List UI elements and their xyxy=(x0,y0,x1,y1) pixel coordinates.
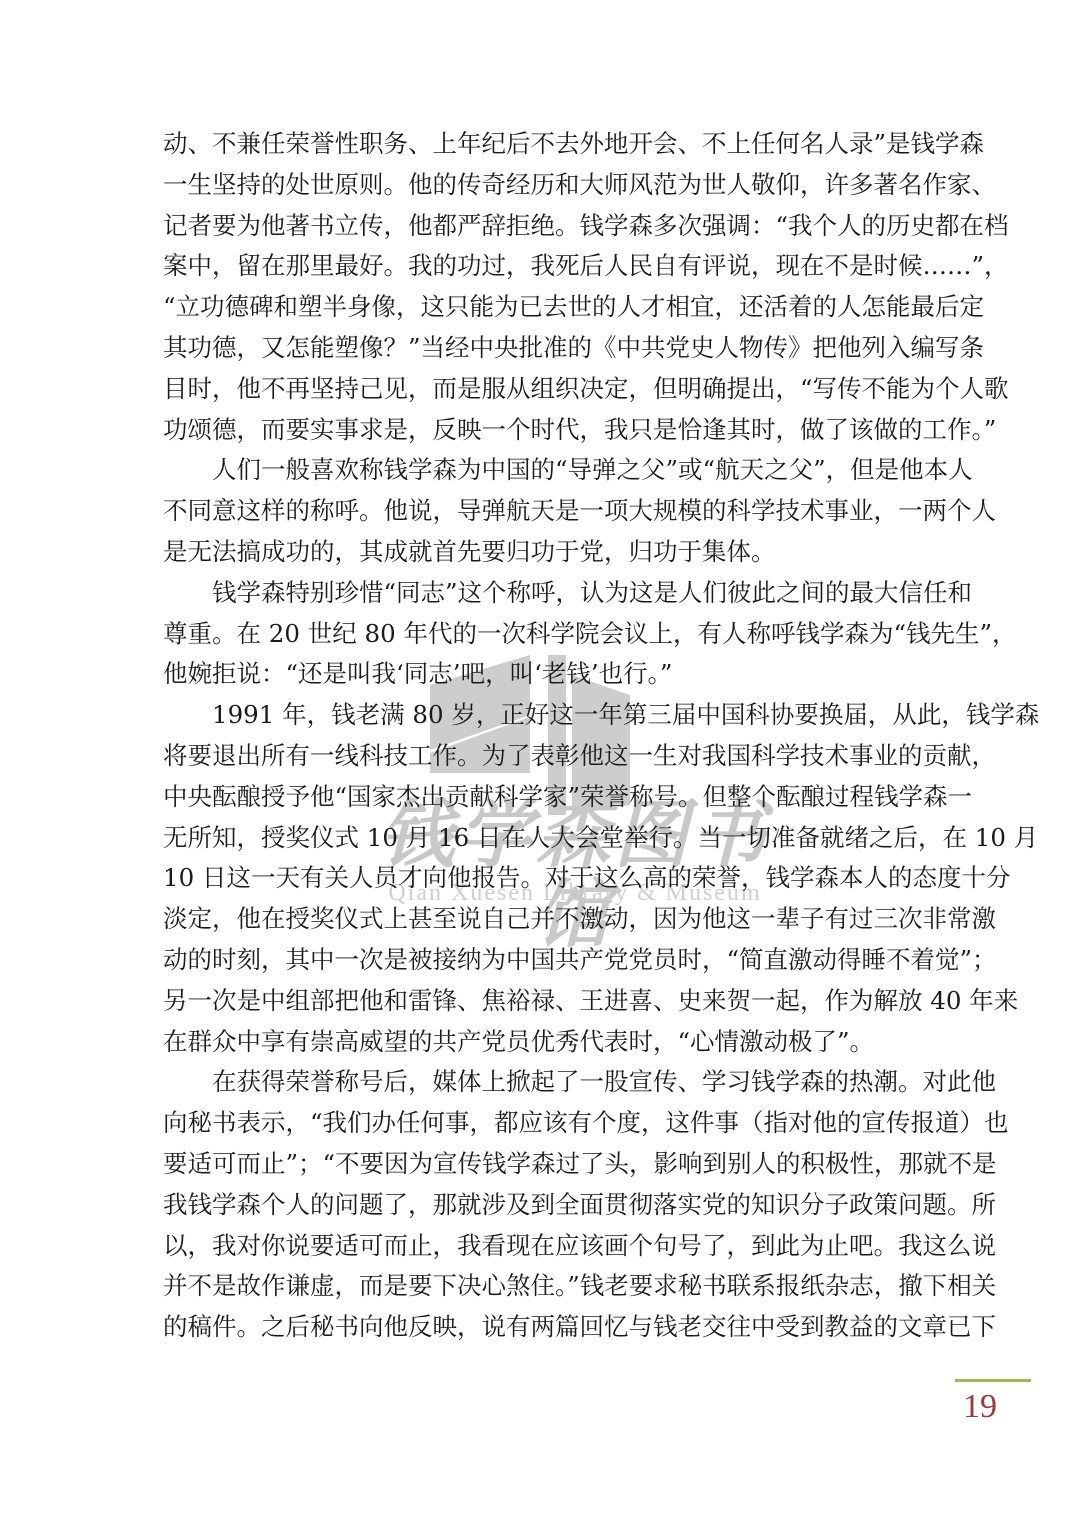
text-line: 以，我对你说要适可而止，我看现在应该画个句号了，到此为止吧。我这么说 xyxy=(163,1226,915,1267)
text-line: 淡定，他在授奖仪式上甚至说自己并不激动，因为他这一辈子有过三次非常激 xyxy=(163,899,915,940)
text-line: 目时，他不再坚持己见，而是服从组织决定，但明确提出，“写传不能为个人歌 xyxy=(163,369,915,410)
text-line: 他婉拒说：“还是叫我‘同志’吧，叫‘老钱’也行。” xyxy=(163,654,915,695)
text-line: 一生坚持的处世原则。他的传奇经历和大师风范为世人敬仰，许多著名作家、 xyxy=(163,165,915,206)
text-line: 案中，留在那里最好。我的功过，我死后人民自有评说，现在不是时候……”， xyxy=(163,246,915,287)
text-line: 另一次是中组部把他和雷锋、焦裕禄、王进喜、史来贺一起，作为解放 40 年来 xyxy=(163,981,915,1022)
text-line: 人们一般喜欢称钱学森为中国的“导弹之父”或“航天之父”，但是他本人 xyxy=(163,450,915,491)
text-line: 不同意这样的称呼。他说，导弹航天是一项大规模的科学技术事业，一两个人 xyxy=(163,491,915,532)
text-line: 无所知，授奖仪式 10 月 16 日在人大会堂举行。当一切准备就绪之后，在 10… xyxy=(163,818,915,859)
text-line: 要适可而止”；“不要因为宣传钱学森过了头，影响到别人的积极性，那就不是 xyxy=(163,1144,915,1185)
text-line: “立功德碑和塑半身像，这只能为已去世的人才相宜，还活着的人怎能最后定 xyxy=(163,287,915,328)
text-line: 在群众中享有崇高威望的共产党员优秀代表时，“心情激动极了”。 xyxy=(163,1022,915,1063)
page-number: 19 xyxy=(955,1388,1005,1426)
text-line: 的稿件。之后秘书向他反映，说有两篇回忆与钱老交往中受到教益的文章已下 xyxy=(163,1307,915,1348)
text-line: 钱学森特别珍惜“同志”这个称呼，认为这是人们彼此之间的最大信任和 xyxy=(163,573,915,614)
body-text: 动、不兼任荣誉性职务、上年纪后不去外地开会、不上任何名人录”是钱学森 一生坚持的… xyxy=(163,124,915,1348)
text-line: 其功德，又怎能塑像？”当经中央批准的《中共党史人物传》把他列入编写条 xyxy=(163,328,915,369)
page-number-rule xyxy=(955,1379,1031,1382)
text-line: 10 日这一天有关人员才向他报告。对于这么高的荣誉，钱学森本人的态度十分 xyxy=(163,858,915,899)
text-line: 是无法搞成功的，其成就首先要归功于党，归功于集体。 xyxy=(163,532,915,573)
text-line: 中央酝酿授予他“国家杰出贡献科学家”荣誉称号。但整个酝酿过程钱学森一 xyxy=(163,777,915,818)
text-line: 功颂德，而要实事求是，反映一个时代，我只是恰逢其时，做了该做的工作。” xyxy=(163,410,915,451)
text-line: 将要退出所有一线科技工作。为了表彰他这一生对我国科学技术事业的贡献， xyxy=(163,736,915,777)
text-line: 1991 年，钱老满 80 岁，正好这一年第三届中国科协要换届，从此，钱学森 xyxy=(163,695,915,736)
text-line: 向秘书表示，“我们办任何事，都应该有个度，这件事（指对他的宣传报道）也 xyxy=(163,1103,915,1144)
text-line: 我钱学森个人的问题了，那就涉及到全面贯彻落实党的知识分子政策问题。所 xyxy=(163,1185,915,1226)
text-line: 尊重。在 20 世纪 80 年代的一次科学院会议上，有人称呼钱学森为“钱先生”， xyxy=(163,614,915,655)
document-page: 钱学森图书馆 Qian Xuesen Library & Museum 动、不兼… xyxy=(0,0,1074,1520)
text-line: 动的时刻，其中一次是被接纳为中国共产党党员时，“简直激动得睡不着觉”； xyxy=(163,940,915,981)
text-line: 并不是故作谦虚，而是要下决心煞住。”钱老要求秘书联系报纸杂志，撤下相关 xyxy=(163,1266,915,1307)
text-line: 动、不兼任荣誉性职务、上年纪后不去外地开会、不上任何名人录”是钱学森 xyxy=(163,124,915,165)
text-line: 在获得荣誉称号后，媒体上掀起了一股宣传、学习钱学森的热潮。对此他 xyxy=(163,1062,915,1103)
text-line: 记者要为他著书立传，他都严辞拒绝。钱学森多次强调：“我个人的历史都在档 xyxy=(163,206,915,247)
